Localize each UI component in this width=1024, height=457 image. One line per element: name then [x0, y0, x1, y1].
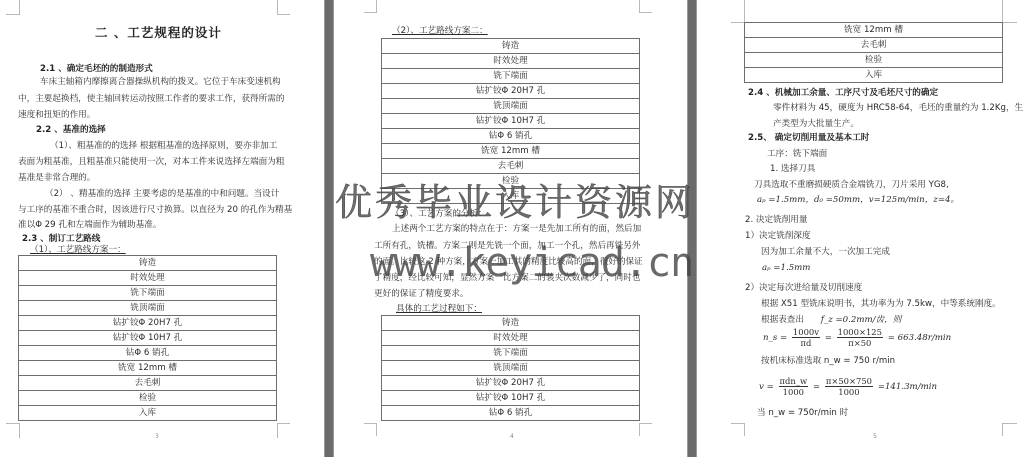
table-row: 检验	[745, 53, 1003, 68]
paragraph-line: 当 n_w = 750r/min 时	[757, 407, 848, 420]
table-row: 钻Φ 6 销孔	[382, 129, 640, 144]
table-row: 铣下端面	[19, 286, 277, 301]
margin-corner-tl	[364, 0, 377, 13]
paragraph-line: （2） 、精基准的选择 主要考虑的是基准的中和问题。当设计	[45, 188, 279, 201]
paragraph-line: 表面为粗基准，且粗基准只能使用一次，对本工件来说选择左端面为粗	[18, 156, 284, 169]
cutting-speed-formula: v = πdn_w1000 = π×50×7501000 =141.3m/min	[759, 375, 937, 399]
margin-corner-bl	[6, 423, 20, 438]
table-row: 铣顶端面	[382, 361, 640, 376]
page-separator-1	[324, 0, 334, 457]
table-row: 钻扩铰Φ 20H7 孔	[382, 376, 640, 391]
spindle-speed-formula: n_s = 1000vπd = 1000×125π×50 = 663.48r/m…	[763, 326, 951, 350]
paragraph-line: 更好的保证了精度要求。	[374, 288, 469, 301]
table-row: 铣顶端面	[19, 301, 277, 316]
step-2-1-label: 1）决定铣削深度	[745, 230, 811, 243]
table-row: 铣下端面	[382, 346, 640, 361]
margin-corner-tr	[1002, 0, 1017, 23]
table-row: 铣宽 12mm 槽	[19, 361, 277, 376]
paragraph-line: 根据 X51 型铣床说明书，其功率为为 7.5kw，中等系统刚度。	[761, 298, 1001, 311]
table-row: 铸造	[382, 39, 640, 54]
table-row: 铣宽 12mm 槽	[382, 144, 640, 159]
tool-params-formula: aₚ =1.5mm，d₀ =50mm，v=125m/min，z=4。	[757, 194, 959, 207]
step-1-label: 1. 选择刀具	[770, 163, 815, 176]
table-row: 钻扩铰Φ 10H7 孔	[382, 114, 640, 129]
page-number: 3	[155, 433, 159, 440]
document-page-4: （2）、工艺路线方案二： 铸造 时效处理 铣下端面 钻扩铰Φ 20H7 孔 铣顶…	[334, 0, 687, 457]
operation-label: 工序：铣下端面	[767, 148, 827, 161]
table-row: 铣宽 12mm 槽	[745, 23, 1003, 38]
table-row: 去毛刺	[745, 38, 1003, 53]
margin-corner-bl	[731, 423, 745, 436]
table-row: 钻扩铰Φ 20H7 孔	[19, 316, 277, 331]
watermark-url: www.keyicad.cn	[370, 240, 693, 286]
paragraph-line: （1）、粗基准的的选择 根据粗基准的选择原则，要亦非加工	[50, 140, 277, 153]
table-row: 铸造	[19, 256, 277, 271]
table-row: 钻Φ 6 销孔	[382, 406, 640, 421]
margin-corner-br	[277, 423, 290, 438]
table-row: 时效处理	[19, 271, 277, 286]
margin-corner-br	[639, 423, 652, 436]
paragraph-line: 与工序的基准不重合时，因该进行尺寸换算。以直径为 20 的孔作为精基	[18, 204, 292, 217]
margin-corner-br	[1002, 423, 1017, 436]
paragraph-line: 车床主轴箱内摩擦离合器操纵机构的拨叉。它位于车床变速机构	[40, 76, 281, 89]
margin-corner-tl	[6, 0, 20, 15]
table-row: 铸造	[382, 316, 640, 331]
page-separator-2	[687, 0, 697, 457]
table-row: 入库	[19, 406, 277, 421]
table-row: 入库	[745, 68, 1003, 83]
table-row: 检验	[19, 391, 277, 406]
paragraph-line: 基准是非常合理的。	[18, 172, 95, 185]
document-page-5: 铣宽 12mm 槽 去毛刺 检验 入库 2.4 、机械加工余量、工序尺寸及毛坯尺…	[697, 0, 1024, 457]
margin-corner-tr	[639, 0, 652, 13]
paragraph-line: 刀具选取不重磨损硬质合金端铣刀，刀片采用 YG8,	[754, 179, 949, 192]
paragraph-line: 产类型为大批量生产。	[773, 118, 859, 131]
chapter-title: 二 、工艺规程的设计	[95, 26, 222, 39]
feed-formula: f_z =0.2mm/齿，则	[821, 315, 902, 325]
section-2-4-heading: 2.4 、机械加工余量、工序尺寸及毛坯尺寸的确定	[748, 87, 938, 100]
table-row: 钻扩铰Φ 20H7 孔	[382, 84, 640, 99]
depth-formula: aₚ =1.5mm	[762, 262, 810, 275]
step-2-2-label: 2）决定每次进给量及切削速度	[745, 282, 862, 295]
route-2-label: （2）、工艺路线方案二：	[392, 25, 488, 38]
step-2-label: 2. 决定铣削用量	[745, 214, 808, 227]
margin-corner-tr	[277, 0, 290, 15]
table-row: 钻Φ 6 销孔	[19, 346, 277, 361]
paragraph-line: 零件材料为 45，硬度为 HRC58-64，毛坯的重量约为 1.2Kg，生	[773, 102, 1023, 115]
table-row: 时效处理	[382, 331, 640, 346]
page-number: 5	[873, 433, 877, 440]
paragraph-line: 因为加工余量不大，一次加工完成	[761, 246, 890, 259]
process-table: 铸造 时效处理 铣下端面 铣顶端面 钻扩铰Φ 20H7 孔 钻扩铰Φ 10H7 …	[381, 315, 640, 421]
page-number: 4	[510, 433, 514, 440]
section-2-1-heading: 2.1 、确定毛坯的的制造形式	[40, 63, 153, 76]
table-row: 钻扩铰Φ 10H7 孔	[19, 331, 277, 346]
table-row: 去毛刺	[19, 376, 277, 391]
table-row: 时效处理	[382, 54, 640, 69]
section-2-5-heading: 2.5、 确定切削用量及基本工时	[748, 132, 869, 145]
paragraph-line: 中，主要起换档，使主轴回转运动按照工作者的要求工作，获得所需的	[18, 93, 284, 106]
section-2-2-heading: 2.2 、基准的选择	[36, 124, 106, 137]
watermark-text-cn: 优秀毕业设计资源网	[335, 172, 695, 226]
paragraph-line: 按机床标准选取 n_w = 750 r/min	[761, 355, 895, 368]
paragraph-line: 速度和扭矩的作用。	[18, 109, 95, 122]
table-row: 钻扩铰Φ 10H7 孔	[382, 391, 640, 406]
table-row: 铣顶端面	[382, 99, 640, 114]
table-row: 铣下端面	[382, 69, 640, 84]
paragraph-line: 准以Φ 29 孔和左端面作为辅助基准。	[18, 219, 161, 232]
document-page-3: 二 、工艺规程的设计 2.1 、确定毛坯的的制造形式 车床主轴箱内摩擦离合器操纵…	[0, 0, 324, 457]
feed-label: 根据表查出	[761, 315, 804, 325]
margin-corner-bl	[364, 423, 377, 436]
margin-corner-tl	[731, 0, 745, 23]
process-table-continued: 铣宽 12mm 槽 去毛刺 检验 入库	[744, 22, 1003, 83]
route-1-table: 铸造 时效处理 铣下端面 铣顶端面 钻扩铰Φ 20H7 孔 钻扩铰Φ 10H7 …	[18, 255, 277, 421]
